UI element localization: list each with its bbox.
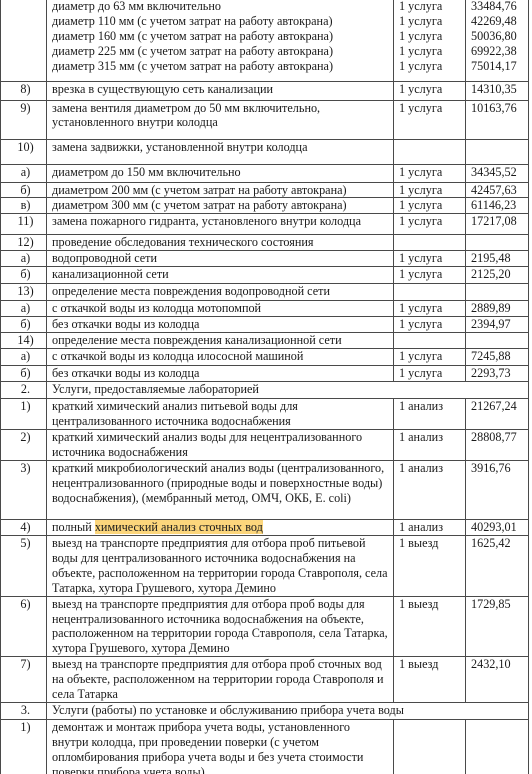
service-price: 40293,01 (466, 520, 529, 536)
service-description: замена задвижки, установленной внутри ко… (47, 139, 394, 164)
row-number: а) (1, 349, 47, 366)
service-description: демонтаж и монтаж прибора учета воды, ус… (47, 720, 394, 774)
service-price: 2889,89 (466, 301, 529, 317)
row-number: 11) (1, 214, 47, 235)
service-price: 2293,73 (466, 366, 529, 382)
table-row: 14)определение места повреждения канализ… (1, 333, 529, 349)
service-description-line: диаметр 110 мм (с учетом затрат на работ… (52, 14, 389, 29)
row-number-text: 3) (12, 461, 30, 476)
row-number-text: а) (13, 301, 30, 316)
table-row: а)водопроводной сети1 услуга2195,48 (1, 251, 529, 267)
row-number-text: б) (12, 317, 30, 332)
service-description-line: диаметр 160 мм (с учетом затрат на работ… (52, 29, 389, 44)
service-unit: 1 услуга (394, 164, 466, 182)
service-unit-line: 1 услуга (399, 59, 461, 74)
service-unit (394, 720, 466, 774)
row-number: 6) (1, 596, 47, 657)
row-number: а) (1, 301, 47, 317)
service-description: выезд на транспорте предприятия для отбо… (47, 657, 394, 703)
row-number-text: а) (13, 251, 30, 266)
table-row: 5)выезд на транспорте предприятия для от… (1, 536, 529, 597)
service-unit: 1 услуга (394, 317, 466, 333)
service-price: 2125,20 (466, 267, 529, 284)
service-unit: 1 анализ (394, 399, 466, 430)
service-description: врезка в существующую сеть канализации (47, 81, 394, 100)
service-unit: 1 анализ (394, 461, 466, 520)
service-description: диаметром до 150 мм включительно (47, 164, 394, 182)
row-number: 1) (1, 720, 47, 774)
row-number: 2) (1, 430, 47, 461)
service-price: 28808,77 (466, 430, 529, 461)
table-row: б)без откачки воды из колодца1 услуга229… (1, 366, 529, 382)
section-title: Услуги (работы) по установке и обслужива… (47, 703, 529, 720)
service-description: канализационной сети (47, 267, 394, 284)
table-row: в)диаметром 300 мм (с учетом затрат на р… (1, 198, 529, 214)
row-number: 3) (1, 461, 47, 520)
service-price-line: 69922,38 (471, 44, 524, 59)
service-description: полный химический анализ сточных вод (47, 520, 394, 536)
service-unit: 1 услуга (394, 267, 466, 284)
row-number: в) (1, 198, 47, 214)
service-description: определение места повреждения канализаци… (47, 333, 394, 349)
price-table: диаметр до 63 мм включительнодиаметр 110… (0, 0, 529, 774)
service-price-line: 75014,17 (471, 59, 524, 74)
row-number: б) (1, 317, 47, 333)
service-price (466, 139, 529, 164)
service-description: без откачки воды из колодца (47, 366, 394, 382)
service-description: диаметр до 63 мм включительнодиаметр 110… (47, 0, 394, 81)
service-unit (394, 333, 466, 349)
table-row: а)диаметром до 150 мм включительно1 услу… (1, 164, 529, 182)
row-number: 4) (1, 520, 47, 536)
service-description: проведение обследования технического сос… (47, 235, 394, 251)
row-number (1, 0, 47, 81)
section-title: Услуги, предоставляемые лабораторией (47, 382, 529, 399)
service-description: водопроводной сети (47, 251, 394, 267)
table-row: 1)демонтаж и монтаж прибора учета воды, … (1, 720, 529, 774)
service-description: замена пожарного гидранта, установленого… (47, 214, 394, 235)
service-price: 1625,42 (466, 536, 529, 597)
table-row: б)без откачки воды из колодца1 услуга239… (1, 317, 529, 333)
service-unit: 1 услуга (394, 214, 466, 235)
service-unit: 1 услуга (394, 81, 466, 100)
service-price (466, 284, 529, 301)
row-number-text: 1) (12, 399, 30, 414)
service-unit: 1 анализ (394, 430, 466, 461)
service-price-line: 50036,80 (471, 29, 524, 44)
service-unit: 1 услуга (394, 198, 466, 214)
price-table-body: диаметр до 63 мм включительнодиаметр 110… (1, 0, 529, 774)
service-price: 2432,10 (466, 657, 529, 703)
row-number-text: 8) (12, 82, 30, 97)
row-number: 14) (1, 333, 47, 349)
service-price: 14310,35 (466, 81, 529, 100)
row-number-text: 13) (9, 284, 33, 299)
table-row: а)с откачкой воды из колодца мотопомпой1… (1, 301, 529, 317)
service-description-line: диаметр 315 мм (с учетом затрат на работ… (52, 59, 389, 74)
service-price-line: 42269,48 (471, 14, 524, 29)
row-number: 2. (1, 382, 47, 399)
table-row: 6)выезд на транспорте предприятия для от… (1, 596, 529, 657)
service-unit: 1 услуга (394, 251, 466, 267)
row-number-text: в) (13, 198, 31, 213)
row-number: а) (1, 251, 47, 267)
row-number-text: 12) (9, 235, 33, 250)
table-row: б)канализационной сети1 услуга2125,20 (1, 267, 529, 284)
section-row: 3.Услуги (работы) по установке и обслужи… (1, 703, 529, 720)
service-description: с откачкой воды из колодца илососной маш… (47, 349, 394, 366)
service-price: 10163,76 (466, 100, 529, 139)
service-description-line: диаметр 225 мм (с учетом затрат на работ… (52, 44, 389, 59)
service-unit: 1 анализ (394, 520, 466, 536)
service-description: без откачки воды из колодца (47, 317, 394, 333)
service-unit: 1 услуга (394, 366, 466, 382)
service-description: краткий микробиологический анализ воды (… (47, 461, 394, 520)
row-number: б) (1, 267, 47, 284)
row-number-text: б) (12, 183, 30, 198)
service-price: 17217,08 (466, 214, 529, 235)
row-number-text: 1) (12, 720, 30, 735)
service-description-line: диаметр до 63 мм включительно (52, 0, 389, 14)
service-price (466, 235, 529, 251)
row-number-text: а) (13, 165, 30, 180)
table-row: 8)врезка в существующую сеть канализации… (1, 81, 529, 100)
row-number-text: б) (12, 366, 30, 381)
service-unit: 1 услуга (394, 182, 466, 198)
search-highlight: химический анализ сточных вод (95, 520, 263, 534)
service-description: замена вентиля диаметром до 50 мм включи… (47, 100, 394, 139)
table-row: 13)определение места повреждения водопро… (1, 284, 529, 301)
row-number-text: 4) (12, 520, 30, 535)
row-number: 3. (1, 703, 47, 720)
service-unit: 1 услуга (394, 301, 466, 317)
description-text: полный (52, 520, 95, 534)
row-number-text: 6) (12, 597, 30, 612)
row-number: 5) (1, 536, 47, 597)
service-price: 42457,63 (466, 182, 529, 198)
service-unit: 1 выезд (394, 657, 466, 703)
table-row: 4)полный химический анализ сточных вод1 … (1, 520, 529, 536)
row-number-text: 5) (12, 536, 30, 551)
row-number-text: 2. (13, 382, 30, 397)
row-number: б) (1, 366, 47, 382)
service-description: диаметром 200 мм (с учетом затрат на раб… (47, 182, 394, 198)
service-unit: 1 выезд (394, 596, 466, 657)
row-number-text: а) (13, 349, 30, 364)
service-price (466, 720, 529, 774)
service-description: краткий химический анализ питьевой воды … (47, 399, 394, 430)
row-number-text: 10) (9, 140, 33, 155)
service-description: диаметром 300 мм (с учетом затрат на раб… (47, 198, 394, 214)
table-row: 9)замена вентиля диаметром до 50 мм вклю… (1, 100, 529, 139)
service-unit (394, 284, 466, 301)
service-unit: 1 услуга (394, 100, 466, 139)
service-unit (394, 235, 466, 251)
service-price: 2394,97 (466, 317, 529, 333)
row-number: 7) (1, 657, 47, 703)
row-number-text: 7) (12, 657, 30, 672)
row-number-text: 9) (12, 101, 30, 116)
row-number: 12) (1, 235, 47, 251)
service-price: 1729,85 (466, 596, 529, 657)
table-row: 7)выезд на транспорте предприятия для от… (1, 657, 529, 703)
row-number: 8) (1, 81, 47, 100)
service-price: 2195,48 (466, 251, 529, 267)
table-row: 2)краткий химический анализ воды для нец… (1, 430, 529, 461)
service-price: 7245,88 (466, 349, 529, 366)
service-price: 33484,7642269,4850036,8069922,3875014,17 (466, 0, 529, 81)
service-description: краткий химический анализ воды для нецен… (47, 430, 394, 461)
row-number-text: 11) (10, 214, 34, 229)
service-description: определение места повреждения водопровод… (47, 284, 394, 301)
row-number: 1) (1, 399, 47, 430)
table-row: 1)краткий химический анализ питьевой вод… (1, 399, 529, 430)
table-row: диаметр до 63 мм включительнодиаметр 110… (1, 0, 529, 81)
table-row: 11)замена пожарного гидранта, установлен… (1, 214, 529, 235)
service-price: 34345,52 (466, 164, 529, 182)
service-unit: 1 услуга1 услуга1 услуга1 услуга1 услуга (394, 0, 466, 81)
service-price: 3916,76 (466, 461, 529, 520)
service-unit-line: 1 услуга (399, 29, 461, 44)
table-row: 3)краткий микробиологический анализ воды… (1, 461, 529, 520)
service-unit-line: 1 услуга (399, 0, 461, 14)
service-unit (394, 139, 466, 164)
service-description: с откачкой воды из колодца мотопомпой (47, 301, 394, 317)
service-price (466, 333, 529, 349)
service-description: выезд на транспорте предприятия для отбо… (47, 536, 394, 597)
table-row: б)диаметром 200 мм (с учетом затрат на р… (1, 182, 529, 198)
table-row: а)с откачкой воды из колодца илососной м… (1, 349, 529, 366)
service-description: выезд на транспорте предприятия для отбо… (47, 596, 394, 657)
service-price-line: 33484,76 (471, 0, 524, 14)
row-number-text: 2) (12, 430, 30, 445)
section-row: 2.Услуги, предоставляемые лабораторией (1, 382, 529, 399)
price-list-document: диаметр до 63 мм включительнодиаметр 110… (0, 0, 529, 774)
row-number: 10) (1, 139, 47, 164)
service-price: 21267,24 (466, 399, 529, 430)
service-unit: 1 услуга (394, 349, 466, 366)
row-number: а) (1, 164, 47, 182)
service-unit: 1 выезд (394, 536, 466, 597)
row-number-text: 3. (13, 703, 30, 718)
row-number-text: б) (12, 267, 30, 282)
service-unit-line: 1 услуга (399, 44, 461, 59)
service-price: 61146,23 (466, 198, 529, 214)
row-number: 13) (1, 284, 47, 301)
row-number: 9) (1, 100, 47, 139)
service-unit-line: 1 услуга (399, 14, 461, 29)
row-number-text: 14) (9, 333, 33, 348)
row-number: б) (1, 182, 47, 198)
table-row: 12)проведение обследования технического … (1, 235, 529, 251)
table-row: 10)замена задвижки, установленной внутри… (1, 139, 529, 164)
